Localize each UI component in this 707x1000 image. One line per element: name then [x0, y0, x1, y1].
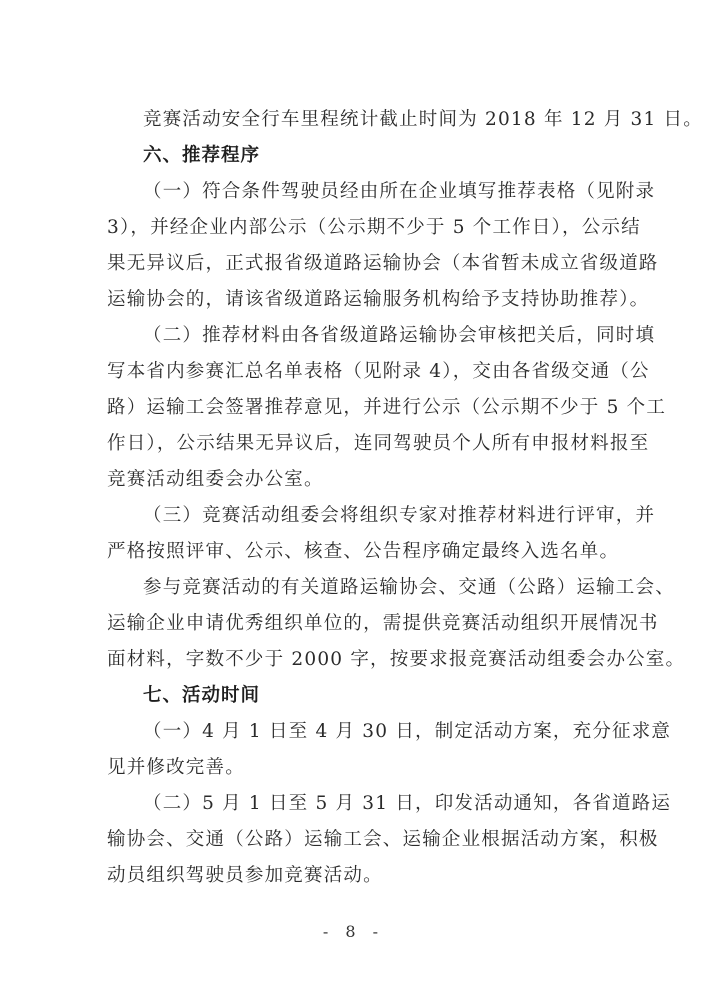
page-number: - 8 - — [0, 922, 707, 941]
paragraph-line: （二）推荐材料由各省级道路运输协会审核把关后，同时填 — [143, 324, 603, 348]
paragraph-line: 参与竞赛活动的有关道路运输协会、交通（公路）运输工会、 — [143, 576, 603, 600]
paragraph-line: 果无异议后，正式报省级道路运输协会（本省暂未成立省级道路 — [107, 252, 603, 276]
paragraph-line: 竞赛活动安全行车里程统计截止时间为 2018 年 12 月 31 日。 — [143, 108, 603, 132]
paragraph-line: 竞赛活动组委会办公室。 — [107, 468, 603, 492]
paragraph-line: 3），并经企业内部公示（公示期不少于 5 个工作日），公示结 — [107, 216, 603, 240]
paragraph-line: 严格按照评审、公示、核查、公告程序确定最终入选名单。 — [107, 540, 603, 564]
paragraph-line: 见并修改完善。 — [107, 756, 603, 780]
document-page: 竞赛活动安全行车里程统计截止时间为 2018 年 12 月 31 日。六、推荐程… — [0, 0, 707, 1000]
paragraph-line: 动员组织驾驶员参加竞赛活动。 — [107, 864, 603, 888]
paragraph-line: 运输企业申请优秀组织单位的，需提供竞赛活动组织开展情况书 — [107, 612, 603, 636]
paragraph-line: （一）符合条件驾驶员经由所在企业填写推荐表格（见附录 — [143, 180, 603, 204]
paragraph-line: 输协会、交通（公路）运输工会、运输企业根据活动方案，积极 — [107, 828, 603, 852]
paragraph-line: 面材料，字数不少于 2000 字，按要求报竞赛活动组委会办公室。 — [107, 648, 603, 672]
paragraph-line: 运输协会的，请该省级道路运输服务机构给予支持协助推荐）。 — [107, 288, 603, 312]
paragraph-line: 作日），公示结果无异议后，连同驾驶员个人所有申报材料报至 — [107, 432, 603, 456]
paragraph-line: 路）运输工会签署推荐意见，并进行公示（公示期不少于 5 个工 — [107, 396, 603, 420]
paragraph-line: 写本省内参赛汇总名单表格（见附录 4），交由各省级交通（公 — [107, 360, 603, 384]
paragraph-line: （二）5 月 1 日至 5 月 31 日，印发活动通知，各省道路运 — [143, 792, 603, 816]
paragraph-line: （三）竞赛活动组委会将组织专家对推荐材料进行评审，并 — [143, 504, 603, 528]
section-heading: 六、推荐程序 — [143, 144, 260, 168]
paragraph-line: （一）4 月 1 日至 4 月 30 日，制定活动方案，充分征求意 — [143, 720, 603, 744]
section-heading: 七、活动时间 — [143, 684, 260, 708]
